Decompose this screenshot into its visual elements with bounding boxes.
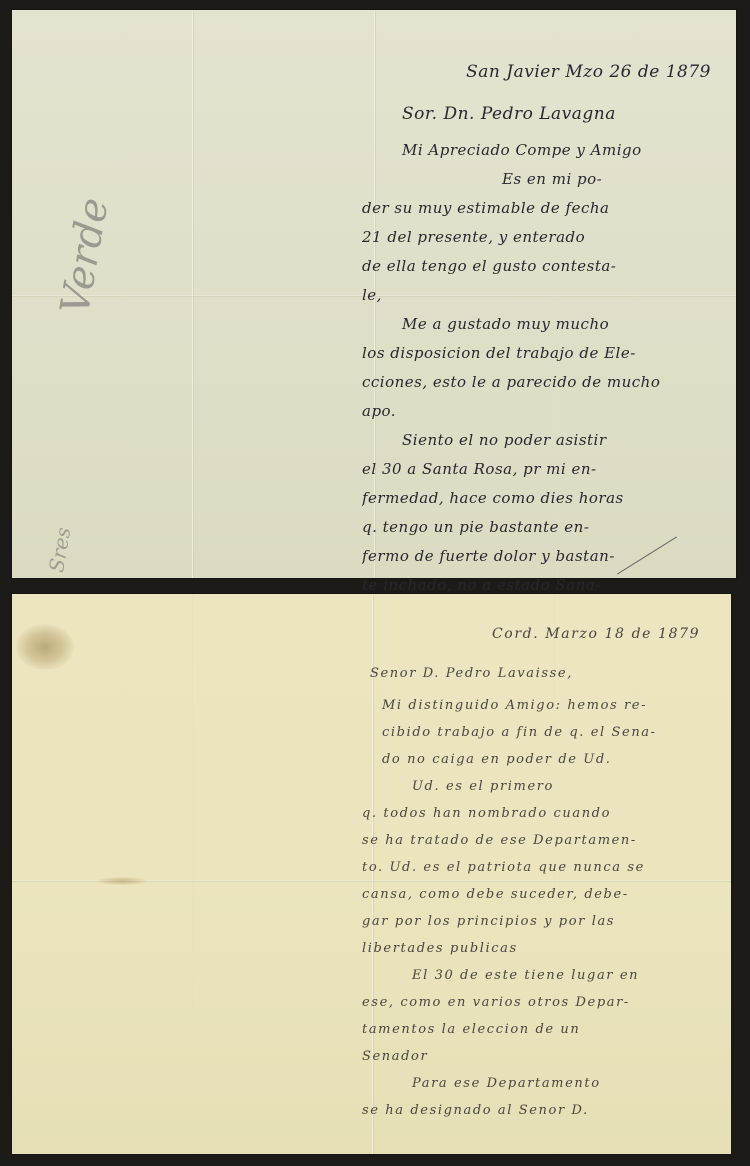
- text-line: Mi Apreciado Compe y Amigo: [362, 136, 717, 165]
- text-line: El 30 de este tiene lugar en: [362, 962, 712, 989]
- text-line: Mi distinguido Amigo: hemos re-: [362, 692, 712, 719]
- text-line: Senador: [362, 1043, 712, 1070]
- text-line: Ud. es el primero: [362, 773, 712, 800]
- letter-top-body: San Javier Mzo 26 de 1879 Sor. Dn. Pedro…: [362, 52, 717, 629]
- salutation: Sor. Dn. Pedro Lavagna: [362, 92, 717, 136]
- text-line: apo.: [362, 397, 717, 426]
- fold-line-vertical: [192, 594, 193, 1154]
- text-line: Es en mi po-: [362, 165, 717, 194]
- text-line: q. todos han nombrado cuando: [362, 800, 712, 827]
- text-line: ese, como en varios otros Depar-: [362, 989, 712, 1016]
- text-line: cciones, esto le a parecido de mucho: [362, 368, 717, 397]
- text-line: gar por los principios y por las: [362, 908, 712, 935]
- text-line: q. tengo un pie bastante en-: [362, 513, 717, 542]
- text-line: el 30 a Santa Rosa, pr mi en-: [362, 455, 717, 484]
- docket-name: Verde: [52, 194, 118, 318]
- text-line: do no caiga en poder de Ud.: [362, 746, 712, 773]
- text-line: fermo de fuerte dolor y bastan-: [362, 542, 717, 571]
- text-line: de ella tengo el gusto contesta-: [362, 252, 717, 281]
- salutation: Senor D. Pedro Lavaisse,: [362, 656, 712, 692]
- text-line: cansa, como debe suceder, debe-: [362, 881, 712, 908]
- text-line: cibido trabajo a fin de q. el Sena-: [362, 719, 712, 746]
- text-line: to. Ud. es el patriota que nunca se: [362, 854, 712, 881]
- place-date: San Javier Mzo 26 de 1879: [362, 52, 717, 92]
- text-line: le,: [362, 281, 717, 310]
- fold-line-vertical: [192, 10, 194, 578]
- text-line: 21 del presente, y enterado: [362, 223, 717, 252]
- text-line: Me a gustado muy mucho: [362, 310, 717, 339]
- text-line: se ha tratado de ese Departamen-: [362, 827, 712, 854]
- text-line: der su muy estimable de fecha: [362, 194, 717, 223]
- paper-stain: [97, 877, 147, 885]
- docket-prefix: Sres: [44, 525, 76, 574]
- text-line: tamentos la eleccion de un: [362, 1016, 712, 1043]
- text-line: fermedad, hace como dies horas: [362, 484, 717, 513]
- text-line: libertades publicas: [362, 935, 712, 962]
- text-line: se ha designado al Senor D.: [362, 1097, 712, 1124]
- paper-stain: [16, 624, 74, 670]
- text-line: los disposicion del trabajo de Ele-: [362, 339, 717, 368]
- text-line: Para ese Departamento: [362, 1070, 712, 1097]
- text-line: Siento el no poder asistir: [362, 426, 717, 455]
- photo-background: Verde Sres San Javier Mzo 26 de 1879 Sor…: [0, 0, 750, 1166]
- place-date: Cord. Marzo 18 de 1879: [362, 612, 712, 656]
- letter-bottom-body: Cord. Marzo 18 de 1879 Senor D. Pedro La…: [362, 612, 712, 1124]
